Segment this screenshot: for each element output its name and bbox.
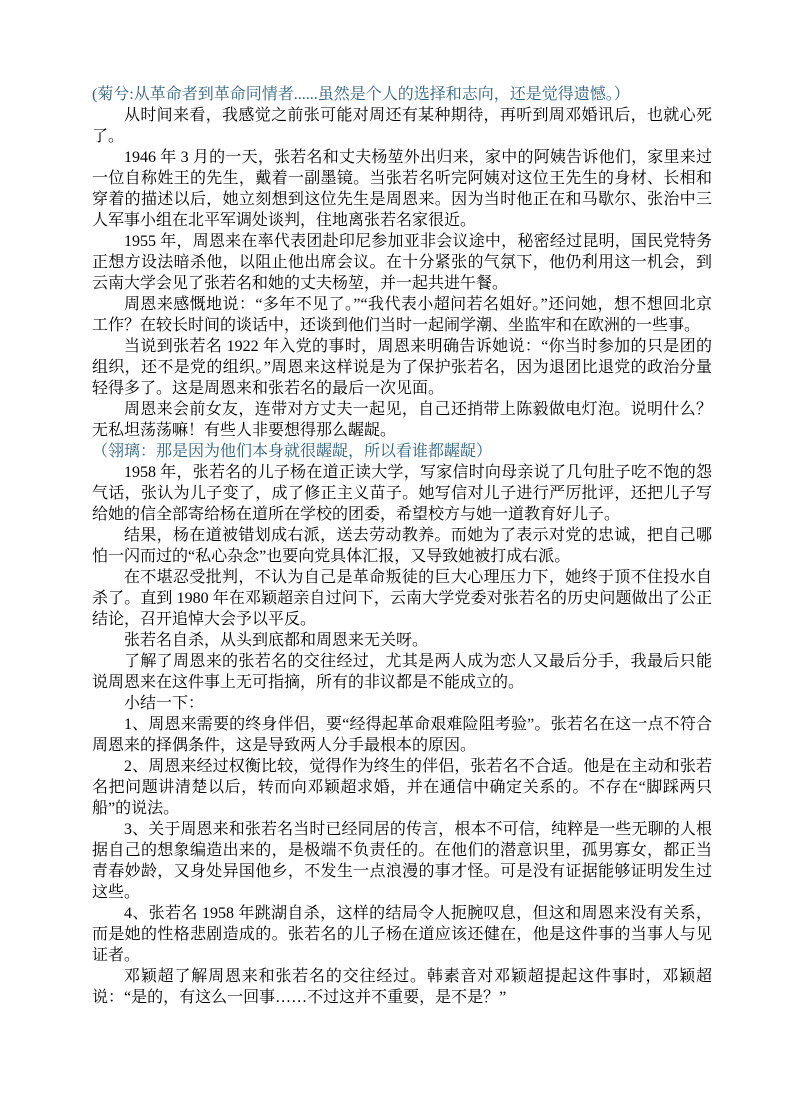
body-paragraph: 张若名自杀，从头到底都和周恩来无关呀。 xyxy=(92,630,712,651)
body-paragraph: 周恩来会前女友，连带对方丈夫一起见，自己还捎带上陈毅做电灯泡。说明什么？无私坦荡… xyxy=(92,399,712,441)
annotation-line: （翎璃：那是因为他们本身就很龌龊，所以看谁都龌龊） xyxy=(92,441,712,462)
body-paragraph: 当说到张若名 1922 年入党的事时，周恩来明确告诉她说：“你当时参加的只是团的… xyxy=(92,336,712,399)
body-paragraph: 在不堪忍受批判，不认为自己是革命叛徒的巨大心理压力下，她终于顶不住投水自杀了。直… xyxy=(92,567,712,630)
body-paragraph: 1、周恩来需要的终身伴侣，要“经得起革命艰难险阻考验”。张若名在这一点不符合周恩… xyxy=(92,714,712,756)
body-paragraph: 从时间来看，我感觉之前张可能对周还有某种期待，再听到周邓婚讯后，也就心死了。 xyxy=(92,105,712,147)
body-paragraph: 3、关于周恩来和张若名当时已经同居的传言，根本不可信，纯粹是一些无聊的人根据自己… xyxy=(92,819,712,903)
annotation-line: (菊兮:从革命者到革命同情者......虽然是个人的选择和志向，还是觉得遗憾。） xyxy=(92,84,712,105)
body-paragraph: 2、周恩来经过权衡比较，觉得作为终生的伴侣，张若名不合适。他是在主动和张若名把问… xyxy=(92,756,712,819)
body-paragraph: 结果，杨在道被错划成右派，送去劳动教养。而她为了表示对党的忠诚，把自己哪怕一闪而… xyxy=(92,525,712,567)
body-paragraph: 4、张若名 1958 年跳湖自杀，这样的结局令人扼腕叹息，但这和周恩来没有关系，… xyxy=(92,903,712,966)
body-paragraph: 邓颖超了解周恩来和张若名的交往经过。韩素音对邓颖超提起这件事时，邓颖超说：“是的… xyxy=(92,966,712,1008)
document-page: (菊兮:从革命者到革命同情者......虽然是个人的选择和志向，还是觉得遗憾。）… xyxy=(0,0,800,1100)
body-paragraph: 1958 年，张若名的儿子杨在道正读大学，写家信时向母亲说了几句肚子吃不饱的怨气… xyxy=(92,462,712,525)
document-text-block: (菊兮:从革命者到革命同情者......虽然是个人的选择和志向，还是觉得遗憾。）… xyxy=(92,84,712,1008)
body-paragraph: 1946 年 3 月的一天，张若名和丈夫杨堃外出归来，家中的阿姨告诉他们，家里来… xyxy=(92,147,712,231)
body-paragraph: 周恩来感慨地说：“多年不见了。”“我代表小超问若名姐好。”还问她，想不想回北京工… xyxy=(92,294,712,336)
body-paragraph: 小结一下： xyxy=(92,693,712,714)
body-paragraph: 1955 年，周恩来在率代表团赴印尼参加亚非会议途中，秘密经过昆明，国民党特务正… xyxy=(92,231,712,294)
body-paragraph: 了解了周恩来的张若名的交往经过，尤其是两人成为恋人又最后分手，我最后只能说周恩来… xyxy=(92,651,712,693)
